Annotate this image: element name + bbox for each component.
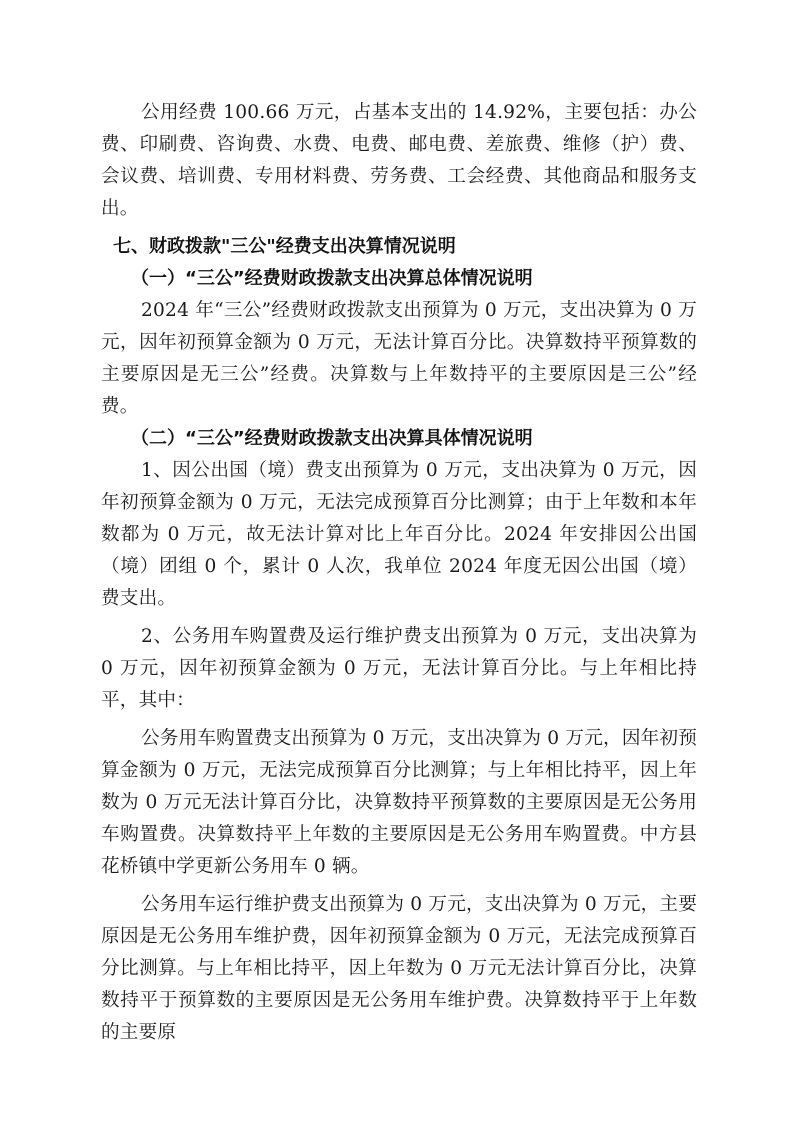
paragraph-vehicle-purchase: 公务用车购置费支出预算为 0 万元，支出决算为 0 万元，因年初预算金额为 0 … (101, 723, 697, 883)
paragraph-vehicle-maintenance: 公务用车运行维护费支出预算为 0 万元，支出决算为 0 万元，主要原因是无公务用… (101, 889, 697, 1049)
paragraph-public-expenses: 公用经费 100.66 万元，占基本支出的 14.92%，主要包括：办公费、印刷… (101, 97, 697, 225)
document-body: 公用经费 100.66 万元，占基本支出的 14.92%，主要包括：办公费、印刷… (101, 97, 697, 1049)
section-heading-three-public-expenses: 七、财政拨款"三公"经费支出决算情况说明 (101, 231, 697, 263)
subsection-heading-specific: （二）“三公”经费财政拨款支出决算具体情况说明 (101, 423, 697, 455)
subsection-heading-overall: （一）“三公”经费财政拨款支出决算总体情况说明 (101, 263, 697, 295)
paragraph-vehicle-summary: 2、公务用车购置费及运行维护费支出预算为 0 万元，支出决算为 0 万元，因年初… (101, 621, 697, 717)
document-page: 公用经费 100.66 万元，占基本支出的 14.92%，主要包括：办公费、印刷… (0, 0, 793, 1122)
paragraph-overall-summary: 2024 年“三公”经费财政拨款支出预算为 0 万元，支出决算为 0 万元，因年… (101, 295, 697, 423)
paragraph-overseas-travel: 1、因公出国（境）费支出预算为 0 万元，支出决算为 0 万元，因年初预算金额为… (101, 455, 697, 615)
